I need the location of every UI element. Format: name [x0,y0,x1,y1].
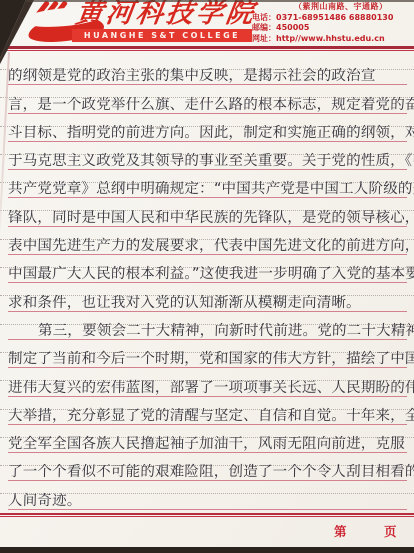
handwritten-line: 制定了当前和今后一个时期，党和国家的伟大方针，描绘了中国推 [8,340,407,368]
letterhead-header: 黄河科技学院 HUANGHE S&T COLLEGE （紫荆山南路、宇通路） 电… [0,0,414,44]
handwritten-line: 锋队，同时是中国人民和中华民族的先锋队，是党的领导核心，代 [8,198,407,226]
website-line: 网址：http//www.hhstu.edu.cn [252,34,412,45]
handwritten-line: 斗目标、指明党的前进方向。因此，制定和实施正确的纲领，对 [8,114,407,142]
handwritten-line: 了一个个看似不可能的艰难险阻，创造了一个个令人刮目相看的 [8,453,407,481]
header-divider [0,46,414,52]
page-label-suffix: 页 [384,522,397,540]
letterhead-paper: 黄河科技学院 HUANGHE S&T COLLEGE （紫荆山南路、宇通路） 电… [0,0,414,547]
postcode-label: 邮编： [252,23,276,32]
postcode-value: 450005 [276,23,309,32]
phone-line: 电话：0371-68951486 68880130 [252,13,412,24]
address-note: （紫荆山南路、宇通路） [252,2,412,13]
handwritten-line: 人间奇迹。 [8,481,407,509]
postcode-line: 邮编：450005 [252,23,412,34]
handwritten-line: 言，是一个政党举什么旗、走什么路的根本标志，规定着党的奋 [8,85,407,113]
handwritten-line: 于马克思主义政党及其领导的事业至关重要。关于党的性质，《中国 [8,142,407,170]
phone-label: 电话： [252,13,276,22]
handwritten-body: 的纲领是党的政治主张的集中反映，是揭示社会的政治宣 言，是一个政党举什么旗、走什… [0,57,414,510]
website-value: http//www.hhstu.edu.cn [276,34,385,43]
handwritten-line: 大举措，充分彰显了党的清醒与坚定、自信和自觉。十年来，全 [8,397,407,425]
college-name-english-banner: HUANGHE S&T COLLEGE [72,29,252,42]
handwritten-line: 表中国先进生产力的发展要求，代表中国先进文化的前进方向，代表 [8,227,407,255]
page-label-prefix: 第 [334,522,347,540]
handwritten-line: 的纲领是党的政治主张的集中反映，是揭示社会的政治宣 [8,57,407,85]
handwritten-line: 进伟大复兴的宏伟蓝图，部署了一项项事关长远、人民期盼的伟 [8,368,407,396]
handwritten-line: 党全军全国各族人民撸起袖子加油干，风雨无阻向前进，克服 [8,425,407,453]
handwritten-line: 共产党党章》总纲中明确规定：“中国共产党是中国工人阶级的先 [8,170,407,198]
college-name-calligraphy: 黄河科技学院 [74,0,258,30]
handwritten-line: 中国最广大人民的根本利益。”这使我进一步明确了入党的基本要 [8,255,407,283]
phone-value: 0371-68951486 68880130 [276,13,393,22]
photo-top-edge [26,0,414,2]
page-number-footer: 第 页 [0,517,414,537]
handwritten-line: 第三，要领会二十大精神，向新时代前进。党的二十大精神 [8,312,407,340]
contact-block: （紫荆山南路、宇通路） 电话：0371-68951486 68880130 邮编… [252,2,412,44]
website-label: 网址： [252,34,276,43]
handwritten-line: 求和条件，也让我对入党的认知渐渐从模糊走向清晰。 [8,283,407,311]
